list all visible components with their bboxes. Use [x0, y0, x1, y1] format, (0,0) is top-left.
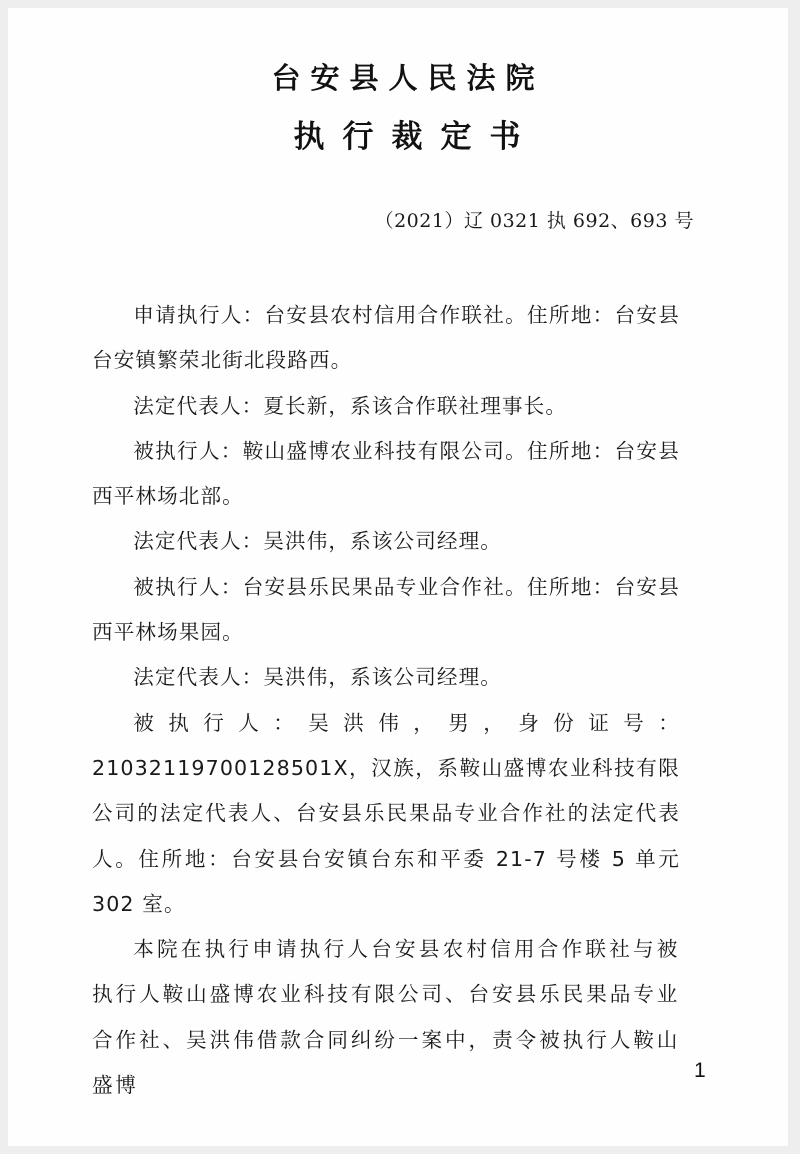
- respondent-company-legal-rep-paragraph: 法定代表人：吴洪伟，系该公司经理。: [92, 519, 680, 564]
- document-page: 台安县人民法院 执行裁定书 （2021）辽 0321 执 692、693 号 申…: [8, 8, 788, 1146]
- respondent-company-paragraph: 被执行人：鞍山盛博农业科技有限公司。住所地：台安县西平林场北部。: [92, 429, 680, 520]
- respondent-individual-paragraph: 被执行人：吴洪伟，男，身份证号：21032119700128501X，汉族，系鞍…: [92, 701, 680, 927]
- case-number: （2021）辽 0321 执 692、693 号: [375, 206, 694, 233]
- respondent-cooperative-legal-rep-paragraph: 法定代表人：吴洪伟，系该公司经理。: [92, 655, 680, 700]
- document-type-heading: 执行裁定书: [8, 111, 800, 156]
- page-number: 1: [694, 1059, 706, 1083]
- applicant-legal-rep-paragraph: 法定代表人：夏长新，系该合作联社理事长。: [92, 384, 680, 429]
- case-description-paragraph: 本院在执行申请执行人台安县农村信用合作联社与被执行人鞍山盛博农业科技有限公司、台…: [92, 927, 680, 1108]
- court-name-heading: 台安县人民法院: [8, 56, 798, 97]
- applicant-paragraph: 申请执行人：台安县农村信用合作联社。住所地：台安县台安镇繁荣北街北段路西。: [92, 293, 680, 384]
- respondent-cooperative-paragraph: 被执行人：台安县乐民果品专业合作社。住所地：台安县西平林场果园。: [92, 565, 680, 656]
- document-body: 申请执行人：台安县农村信用合作联社。住所地：台安县台安镇繁荣北街北段路西。 法定…: [92, 293, 680, 1108]
